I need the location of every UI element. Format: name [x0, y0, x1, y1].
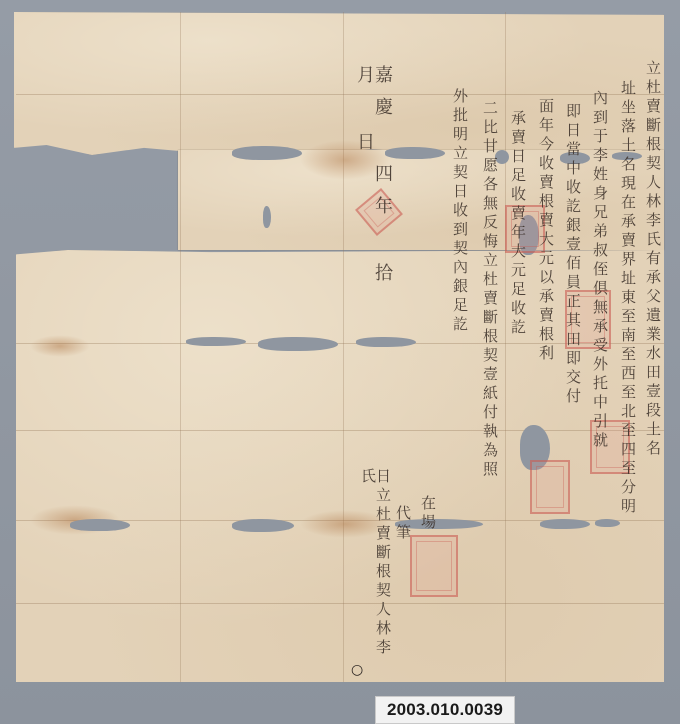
body-column-1: 立杜賣斷根契人林李氏有承父遺業水田壹段土名 — [645, 60, 660, 680]
body-column-6: 承賣日足收賣年大元足收訖 — [510, 110, 525, 680]
water-stain — [30, 335, 90, 357]
tear-hole — [70, 519, 130, 531]
body-column-8: 外批明立契日收到契內銀足訖 — [452, 88, 467, 498]
catalog-number-label: 2003.010.0039 — [375, 696, 515, 724]
tear-hole — [263, 206, 271, 228]
tear-hole — [258, 337, 338, 351]
body-column-4: 即日當中收訖銀壹佰員正其田即交付 — [565, 103, 580, 683]
signature-column-witness: 在場 — [420, 495, 435, 545]
tear-hole — [232, 146, 302, 160]
fold-line — [343, 12, 344, 682]
body-column-3: 內到于李姓身兄弟叔侄俱無承受外托中引就 — [592, 90, 607, 680]
signature-column-seller: 日立杜賣斷根契人林李氏 — [360, 468, 390, 668]
tear-hole — [356, 337, 416, 347]
fold-line — [16, 94, 664, 95]
tear-hole — [385, 147, 445, 159]
fold-line — [505, 12, 506, 682]
fold-line — [180, 12, 181, 682]
signature-column-scribe: 代筆 — [395, 505, 410, 555]
tear-hole — [232, 519, 294, 532]
signature-mark: ○ — [351, 662, 363, 678]
body-column-2: 址坐落土名現在承賣界址東至南至西至北至四至分明 — [620, 80, 635, 680]
photo-background: 嘉慶 四年 拾 月 日 立杜賣斷根契人林李氏有承父遺業水田壹段土名 址坐落土名現… — [0, 0, 680, 724]
date-column: 嘉慶 四年 拾 月 日 — [355, 65, 391, 325]
body-column-5: 面年今收賣根賣大元以承賣根利 — [538, 98, 553, 678]
body-column-7: 二比甘愿各無反悔立杜賣斷根契壹紙付執為照 — [482, 100, 497, 600]
tear-hole — [186, 337, 246, 346]
